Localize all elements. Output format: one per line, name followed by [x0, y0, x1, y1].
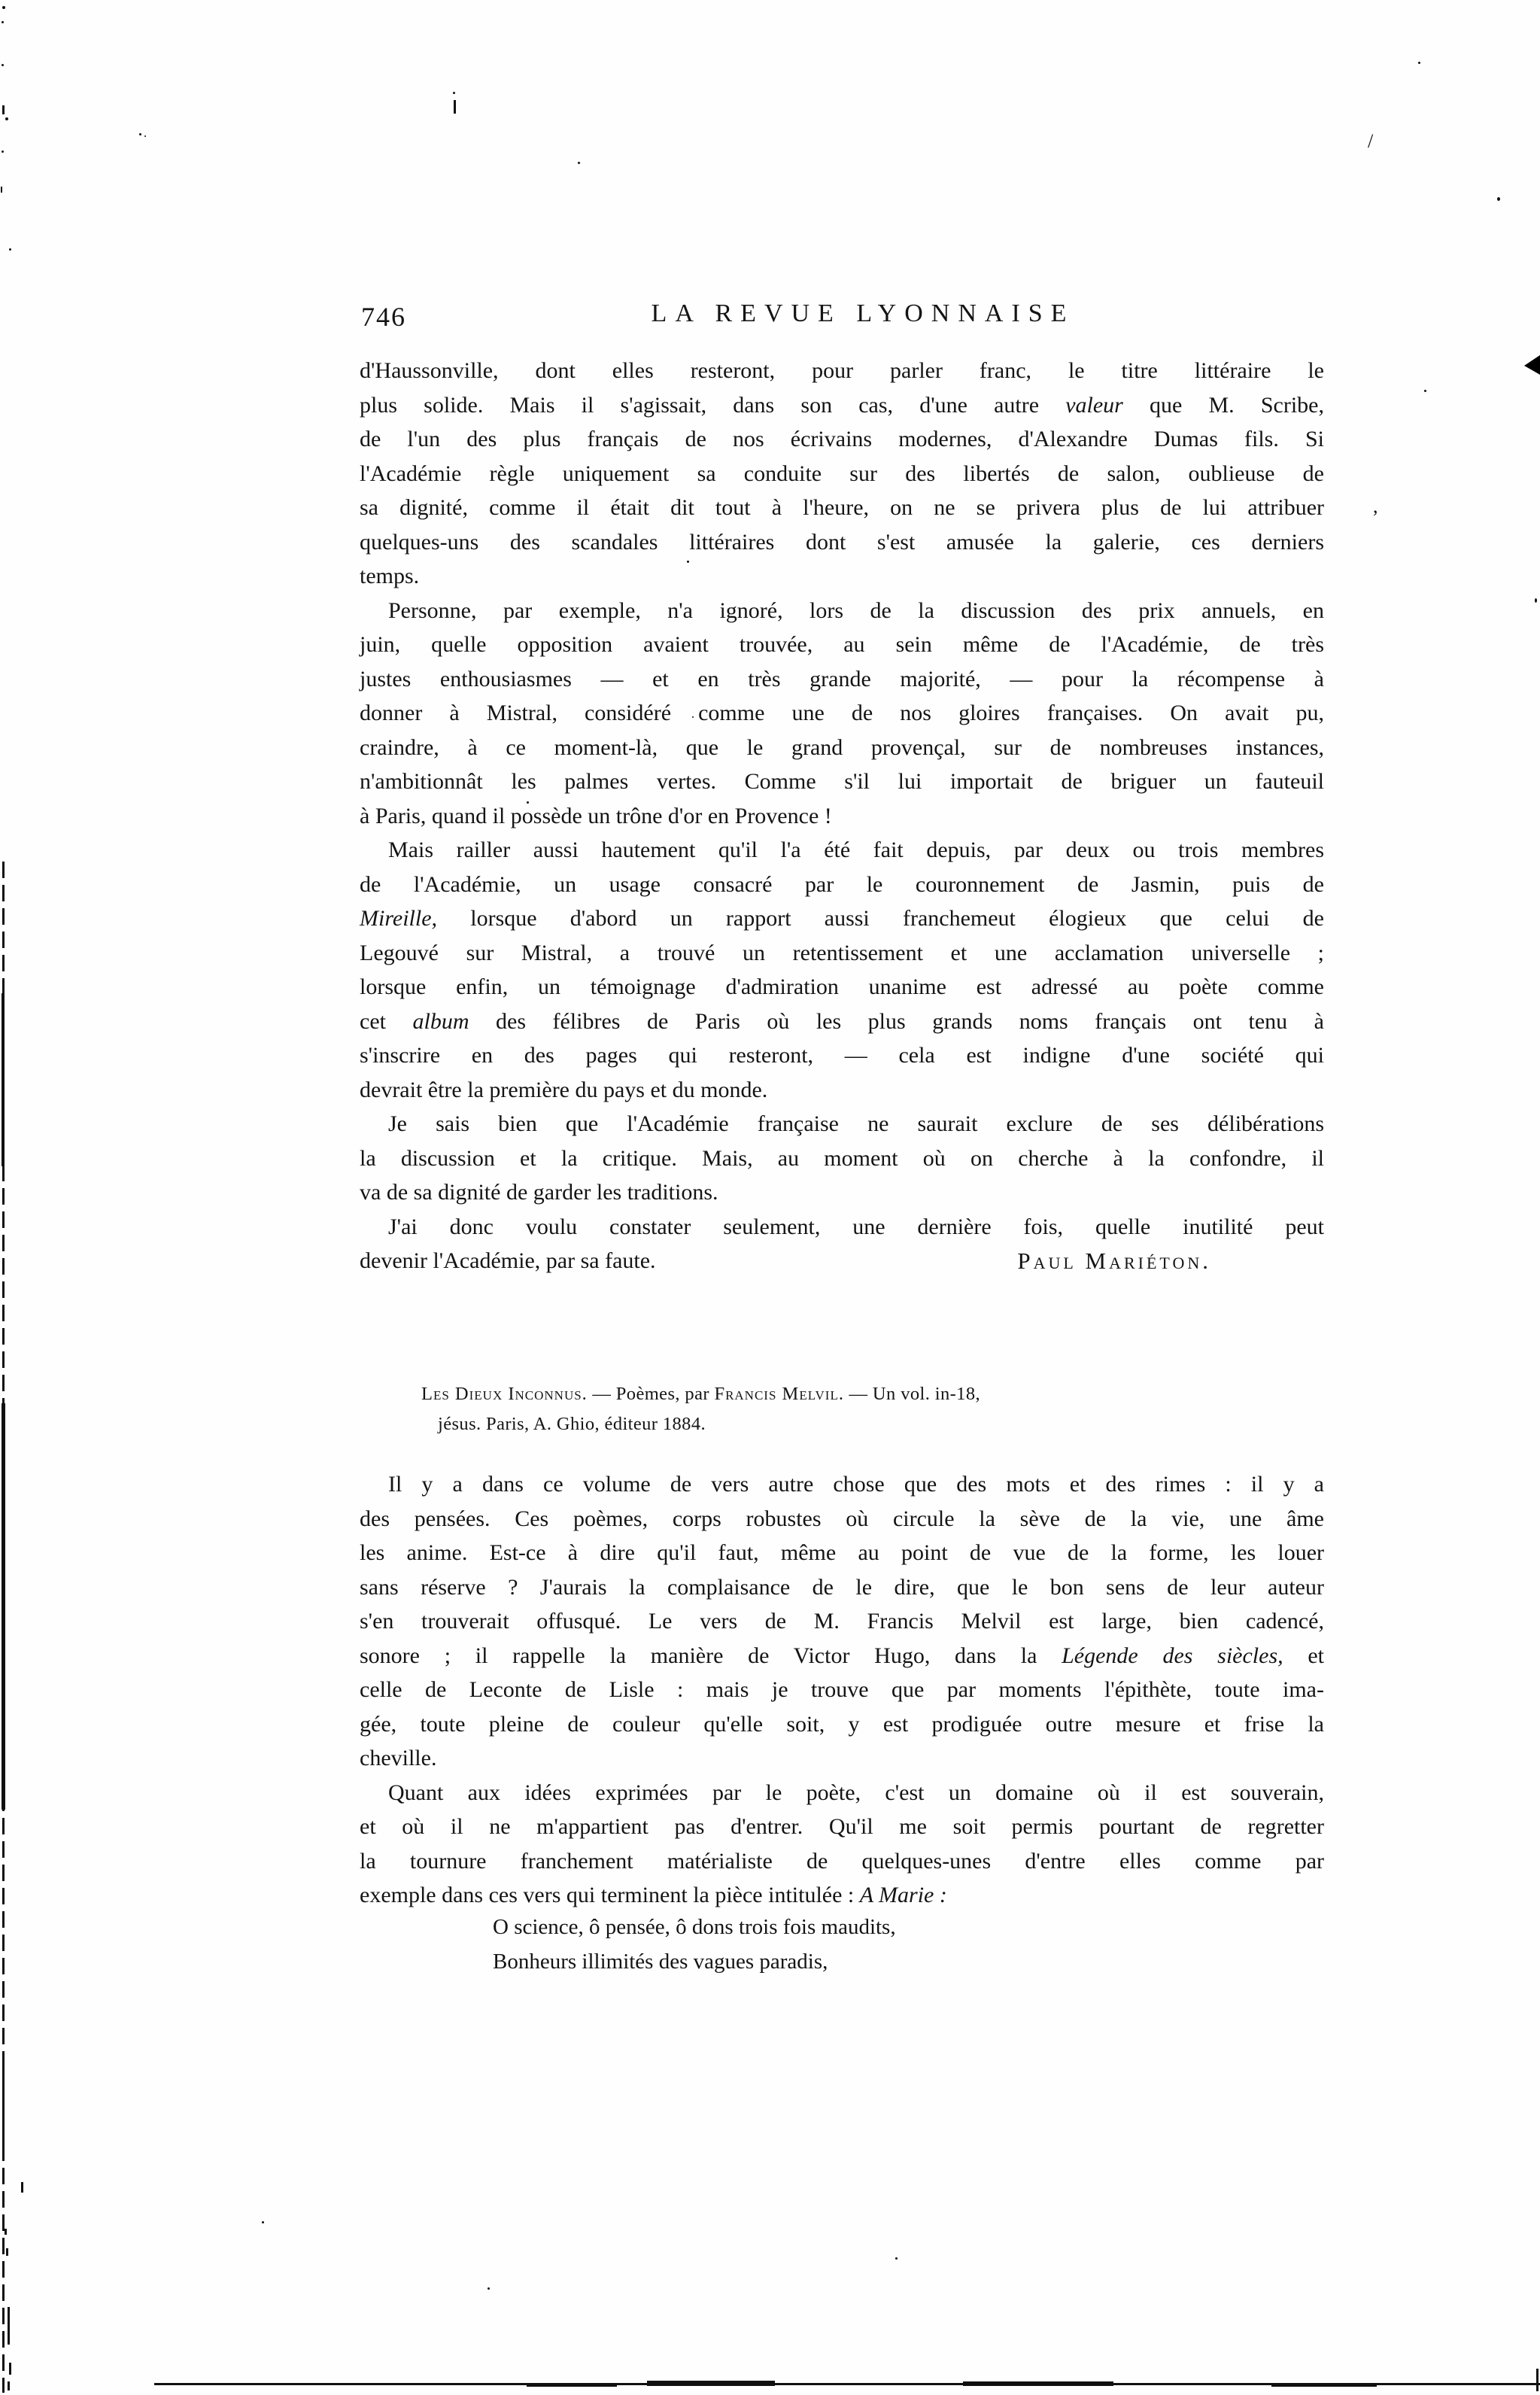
text-line: Legouvé sur Mistral, a trouvé un retenti…: [360, 936, 1324, 971]
text-segment: Il y a dans ce volume de vers autre chos…: [388, 1472, 1324, 1497]
scan-artifact-hline: [963, 2381, 1113, 2386]
italic-text: valeur: [1065, 393, 1123, 418]
scan-artifact-triangle: [1524, 355, 1540, 375]
text-segment: juin, quelle opposition avaient trouvée,…: [360, 632, 1324, 657]
scan-artifact-dot: [895, 2257, 898, 2260]
text-segment: s'en trouverait offusqué. Le vers de M. …: [360, 1609, 1324, 1634]
scan-artifact-hline: [647, 2381, 775, 2386]
running-head: 746 LA REVUE LYONNAISE: [360, 299, 1324, 334]
text-line: sonore ; il rappelle la manière de Victo…: [360, 1639, 1324, 1673]
text-segment: sonore ; il rappelle la manière de Victo…: [360, 1643, 1062, 1668]
text-segment: sa dignité, comme il était dit tout à l'…: [360, 495, 1324, 520]
book-review-body: Il y a dans ce volume de vers autre chos…: [360, 1467, 1324, 1913]
text-segment: jésus. Paris, A. Ghio, éditeur 1884.: [438, 1414, 706, 1434]
scan-artifact-dot: [527, 801, 529, 804]
text-line: s'inscrire en des pages qui resteront, —…: [360, 1038, 1324, 1073]
text-segment: cet: [360, 1009, 412, 1034]
text-line: cet album des félibres de Paris où les p…: [360, 1005, 1324, 1039]
text-line: l'Académie règle uniquement sa conduite …: [360, 457, 1324, 491]
text-segment: devenir l'Académie, par sa faute.: [360, 1248, 656, 1273]
text-segment: lorsque d'abord un rapport aussi franche…: [437, 906, 1324, 931]
text-segment: Quant aux idées exprimées par le poète, …: [388, 1780, 1324, 1805]
scan-artifact-vdash: [8, 2381, 10, 2390]
text-segment: que M. Scribe,: [1123, 393, 1324, 418]
text-line: les anime. Est-ce à dire qu'il faut, mêm…: [360, 1536, 1324, 1570]
text-segment: des félibres de Paris où les plus grands…: [469, 1009, 1324, 1034]
text-line: Je sais bien que l'Académie française ne…: [360, 1107, 1324, 1141]
scan-artifact-dot: [2, 150, 4, 153]
scan-artifact-dot: [5, 117, 8, 120]
scan-artifact-vdash: [1536, 2369, 1538, 2391]
scan-artifact-vdash: [454, 100, 456, 114]
verse-line: Bonheurs illimités des vagues paradis,: [493, 1944, 896, 1979]
text-line: juin, quelle opposition avaient trouvée,…: [360, 628, 1324, 662]
text-segment: la discussion et la critique. Mais, au m…: [360, 1146, 1324, 1171]
text-segment: va de sa dignité de garder les tradition…: [360, 1180, 718, 1205]
text-segment: les anime. Est-ce à dire qu'il faut, mêm…: [360, 1540, 1324, 1565]
text-segment: exemple dans ces vers qui terminent la p…: [360, 1883, 860, 1907]
text-segment: Mais railler aussi hautement qu'il l'a é…: [388, 837, 1324, 862]
text-line: Il y a dans ce volume de vers autre chos…: [360, 1467, 1324, 1502]
text-segment: d'Haussonville, dont elles resteront, po…: [360, 358, 1324, 383]
text-line: devenir l'Académie, par sa faute.Paul Ma…: [360, 1244, 1324, 1278]
scan-artifact-dot: [2, 21, 4, 23]
scan-artifact-vline: [2, 993, 5, 1166]
scanned-journal-page: 746 LA REVUE LYONNAISE d'Haussonville, d…: [0, 0, 1540, 2395]
text-line: de l'Académie, un usage consacré par le …: [360, 868, 1324, 902]
text-segment: — Un vol. in-18,: [844, 1384, 980, 1404]
text-line: d'Haussonville, dont elles resteront, po…: [360, 354, 1324, 388]
text-segment: Personne, par exemple, n'a ignoré, lors …: [388, 598, 1324, 623]
text-line: et où il ne m'appartient pas d'entrer. Q…: [360, 1810, 1324, 1844]
text-segment: sans réserve ? J'aurais la complaisance …: [360, 1575, 1324, 1600]
author-signature: Paul Mariéton.: [1017, 1244, 1211, 1278]
text-line: de l'un des plus français de nos écrivai…: [360, 422, 1324, 457]
book-notice-heading: Les Dieux Inconnus. — Poèmes, par Franci…: [421, 1379, 1324, 1439]
text-segment: — Poèmes, par: [588, 1384, 715, 1404]
text-segment: de l'un des plus français de nos écrivai…: [360, 427, 1324, 451]
quoted-verse: O science, ô pensée, ô dons trois fois m…: [493, 1910, 896, 1979]
scan-artifact-vline: [2, 2065, 5, 2148]
text-line: quelques-uns des scandales littéraires d…: [360, 525, 1324, 560]
scan-artifact-vdash: [5, 2229, 7, 2235]
text-line: à Paris, quand il possède un trône d'or …: [360, 799, 1324, 834]
text-segment: J'ai donc voulu constater seulement, une…: [388, 1214, 1324, 1239]
scan-artifact-vline: [8, 2307, 10, 2345]
text-line: donner à Mistral, considéré comme une de…: [360, 696, 1324, 731]
text-line: sa dignité, comme il était dit tout à l'…: [360, 491, 1324, 525]
text-segment: de l'Académie, un usage consacré par le …: [360, 872, 1324, 897]
text-segment: devrait être la première du pays et du m…: [360, 1077, 767, 1102]
scan-artifact-dot: [687, 561, 689, 563]
text-segment: et où il ne m'appartient pas d'entrer. Q…: [360, 1814, 1324, 1839]
scan-artifact-vdash: [2, 105, 5, 114]
text-segment: celle de Leconte de Lisle : mais je trou…: [360, 1677, 1324, 1702]
scan-artifact-hline: [1271, 2383, 1377, 2387]
text-line: des pensées. Ces poèmes, corps robustes …: [360, 1502, 1324, 1536]
notice-heading-line: jésus. Paris, A. Ghio, éditeur 1884.: [421, 1409, 1324, 1439]
text-line: J'ai donc voulu constater seulement, une…: [360, 1210, 1324, 1245]
text-segment: craindre, à ce moment-là, que le grand p…: [360, 735, 1324, 760]
text-line: devrait être la première du pays et du m…: [360, 1073, 1324, 1108]
text-segment: donner à Mistral, considéré comme une de…: [360, 701, 1324, 725]
scan-artifact-dot: [1535, 598, 1537, 603]
text-line: Mireille, lorsque d'abord un rapport aus…: [360, 901, 1324, 936]
text-segment: plus solide. Mais il s'agissait, dans so…: [360, 393, 1065, 418]
text-line: n'ambitionnât les palmes vertes. Comme s…: [360, 764, 1324, 799]
text-line: gée, toute pleine de couleur qu'elle soi…: [360, 1707, 1324, 1742]
text-segment: s'inscrire en des pages qui resteront, —…: [360, 1043, 1324, 1068]
text-segment: quelques-uns des scandales littéraires d…: [360, 530, 1324, 555]
text-segment: des pensées. Ces poèmes, corps robustes …: [360, 1506, 1324, 1531]
text-segment: et: [1283, 1643, 1324, 1668]
text-line: sans réserve ? J'aurais la complaisance …: [360, 1570, 1324, 1605]
scan-artifact-dot: [9, 248, 11, 251]
text-segment: temps.: [360, 564, 419, 588]
scan-artifact-vdash: [6, 2248, 8, 2256]
text-segment: lorsque enfin, un témoignage d'admiratio…: [360, 974, 1324, 999]
text-segment: n'ambitionnât les palmes vertes. Comme s…: [360, 769, 1324, 794]
text-line: la tournure franchement matérialiste de …: [360, 1844, 1324, 1879]
scan-artifact-dot: [1497, 197, 1500, 201]
text-line: exemple dans ces vers qui terminent la p…: [360, 1878, 1324, 1913]
text-line: celle de Leconte de Lisle : mais je trou…: [360, 1673, 1324, 1707]
journal-title: LA REVUE LYONNAISE: [360, 299, 1324, 328]
text-line: la discussion et la critique. Mais, au m…: [360, 1141, 1324, 1176]
text-line: cheville.: [360, 1741, 1324, 1776]
scan-artifact-dot: [453, 92, 455, 94]
text-segment: Je sais bien que l'Académie française ne…: [388, 1111, 1324, 1136]
scan-artifact-glyph: /: [1368, 132, 1373, 151]
text-line: Mais railler aussi hautement qu'il l'a é…: [360, 833, 1324, 868]
scan-artifact-dot: [262, 2221, 264, 2223]
scan-artifact-vdash: [9, 2363, 11, 2375]
text-line: plus solide. Mais il s'agissait, dans so…: [360, 388, 1324, 423]
text-segment: à Paris, quand il possède un trône d'or …: [360, 804, 832, 828]
text-segment: l'Académie règle uniquement sa conduite …: [360, 461, 1324, 486]
italic-text: Légende des siècles,: [1062, 1643, 1283, 1668]
text-line: lorsque enfin, un témoignage d'admiratio…: [360, 970, 1324, 1005]
article-academie-body: d'Haussonville, dont elles resteront, po…: [360, 354, 1324, 1278]
text-segment: Legouvé sur Mistral, a trouvé un retenti…: [360, 941, 1324, 965]
scan-artifact-dot: [1418, 62, 1420, 64]
text-segment: la tournure franchement matérialiste de …: [360, 1849, 1324, 1874]
text-line: justes enthousiasmes — et en très grande…: [360, 662, 1324, 697]
text-line: va de sa dignité de garder les tradition…: [360, 1175, 1324, 1210]
text-segment: gée, toute pleine de couleur qu'elle soi…: [360, 1712, 1324, 1737]
italic-text: Mireille,: [360, 906, 437, 931]
small-caps-text: Francis Melvil.: [714, 1384, 844, 1404]
text-line: Personne, par exemple, n'a ignoré, lors …: [360, 594, 1324, 628]
scan-artifact-dot: [139, 133, 141, 135]
text-segment: justes enthousiasmes — et en très grande…: [360, 667, 1324, 691]
scan-artifact-dot: [488, 2287, 490, 2290]
italic-text: album: [412, 1009, 469, 1034]
page-number: 746: [361, 301, 406, 333]
text-line: s'en trouverait offusqué. Le vers de M. …: [360, 1604, 1324, 1639]
scan-artifact-dot: [2, 6, 5, 9]
text-segment: devenir l'Académie, par sa faute.: [360, 1244, 656, 1278]
scan-artifact-dot: [692, 716, 694, 718]
text-line: craindre, à ce moment-là, que le grand p…: [360, 731, 1324, 765]
scan-artifact-vdash: [21, 2182, 23, 2193]
text-line: temps.: [360, 559, 1324, 594]
text-segment: cheville.: [360, 1746, 436, 1770]
scan-artifact-glyph: ,: [1373, 497, 1378, 516]
text-line: Quant aux idées exprimées par le poète, …: [360, 1776, 1324, 1810]
notice-heading-line: Les Dieux Inconnus. — Poèmes, par Franci…: [421, 1379, 1324, 1409]
scan-artifact-dot: [2, 64, 4, 66]
italic-text: A Marie :: [860, 1883, 947, 1907]
verse-line: O science, ô pensée, ô dons trois fois m…: [493, 1910, 896, 1944]
scan-artifact-vline: [2, 1403, 5, 1810]
small-caps-text: Les Dieux Inconnus.: [421, 1384, 588, 1404]
scan-artifact-vdash: [1, 187, 2, 193]
scan-artifact-dot: [144, 135, 146, 137]
scan-artifact-dot: [578, 162, 580, 164]
scan-artifact-hline: [527, 2383, 617, 2387]
scan-artifact-dot: [1424, 390, 1426, 392]
